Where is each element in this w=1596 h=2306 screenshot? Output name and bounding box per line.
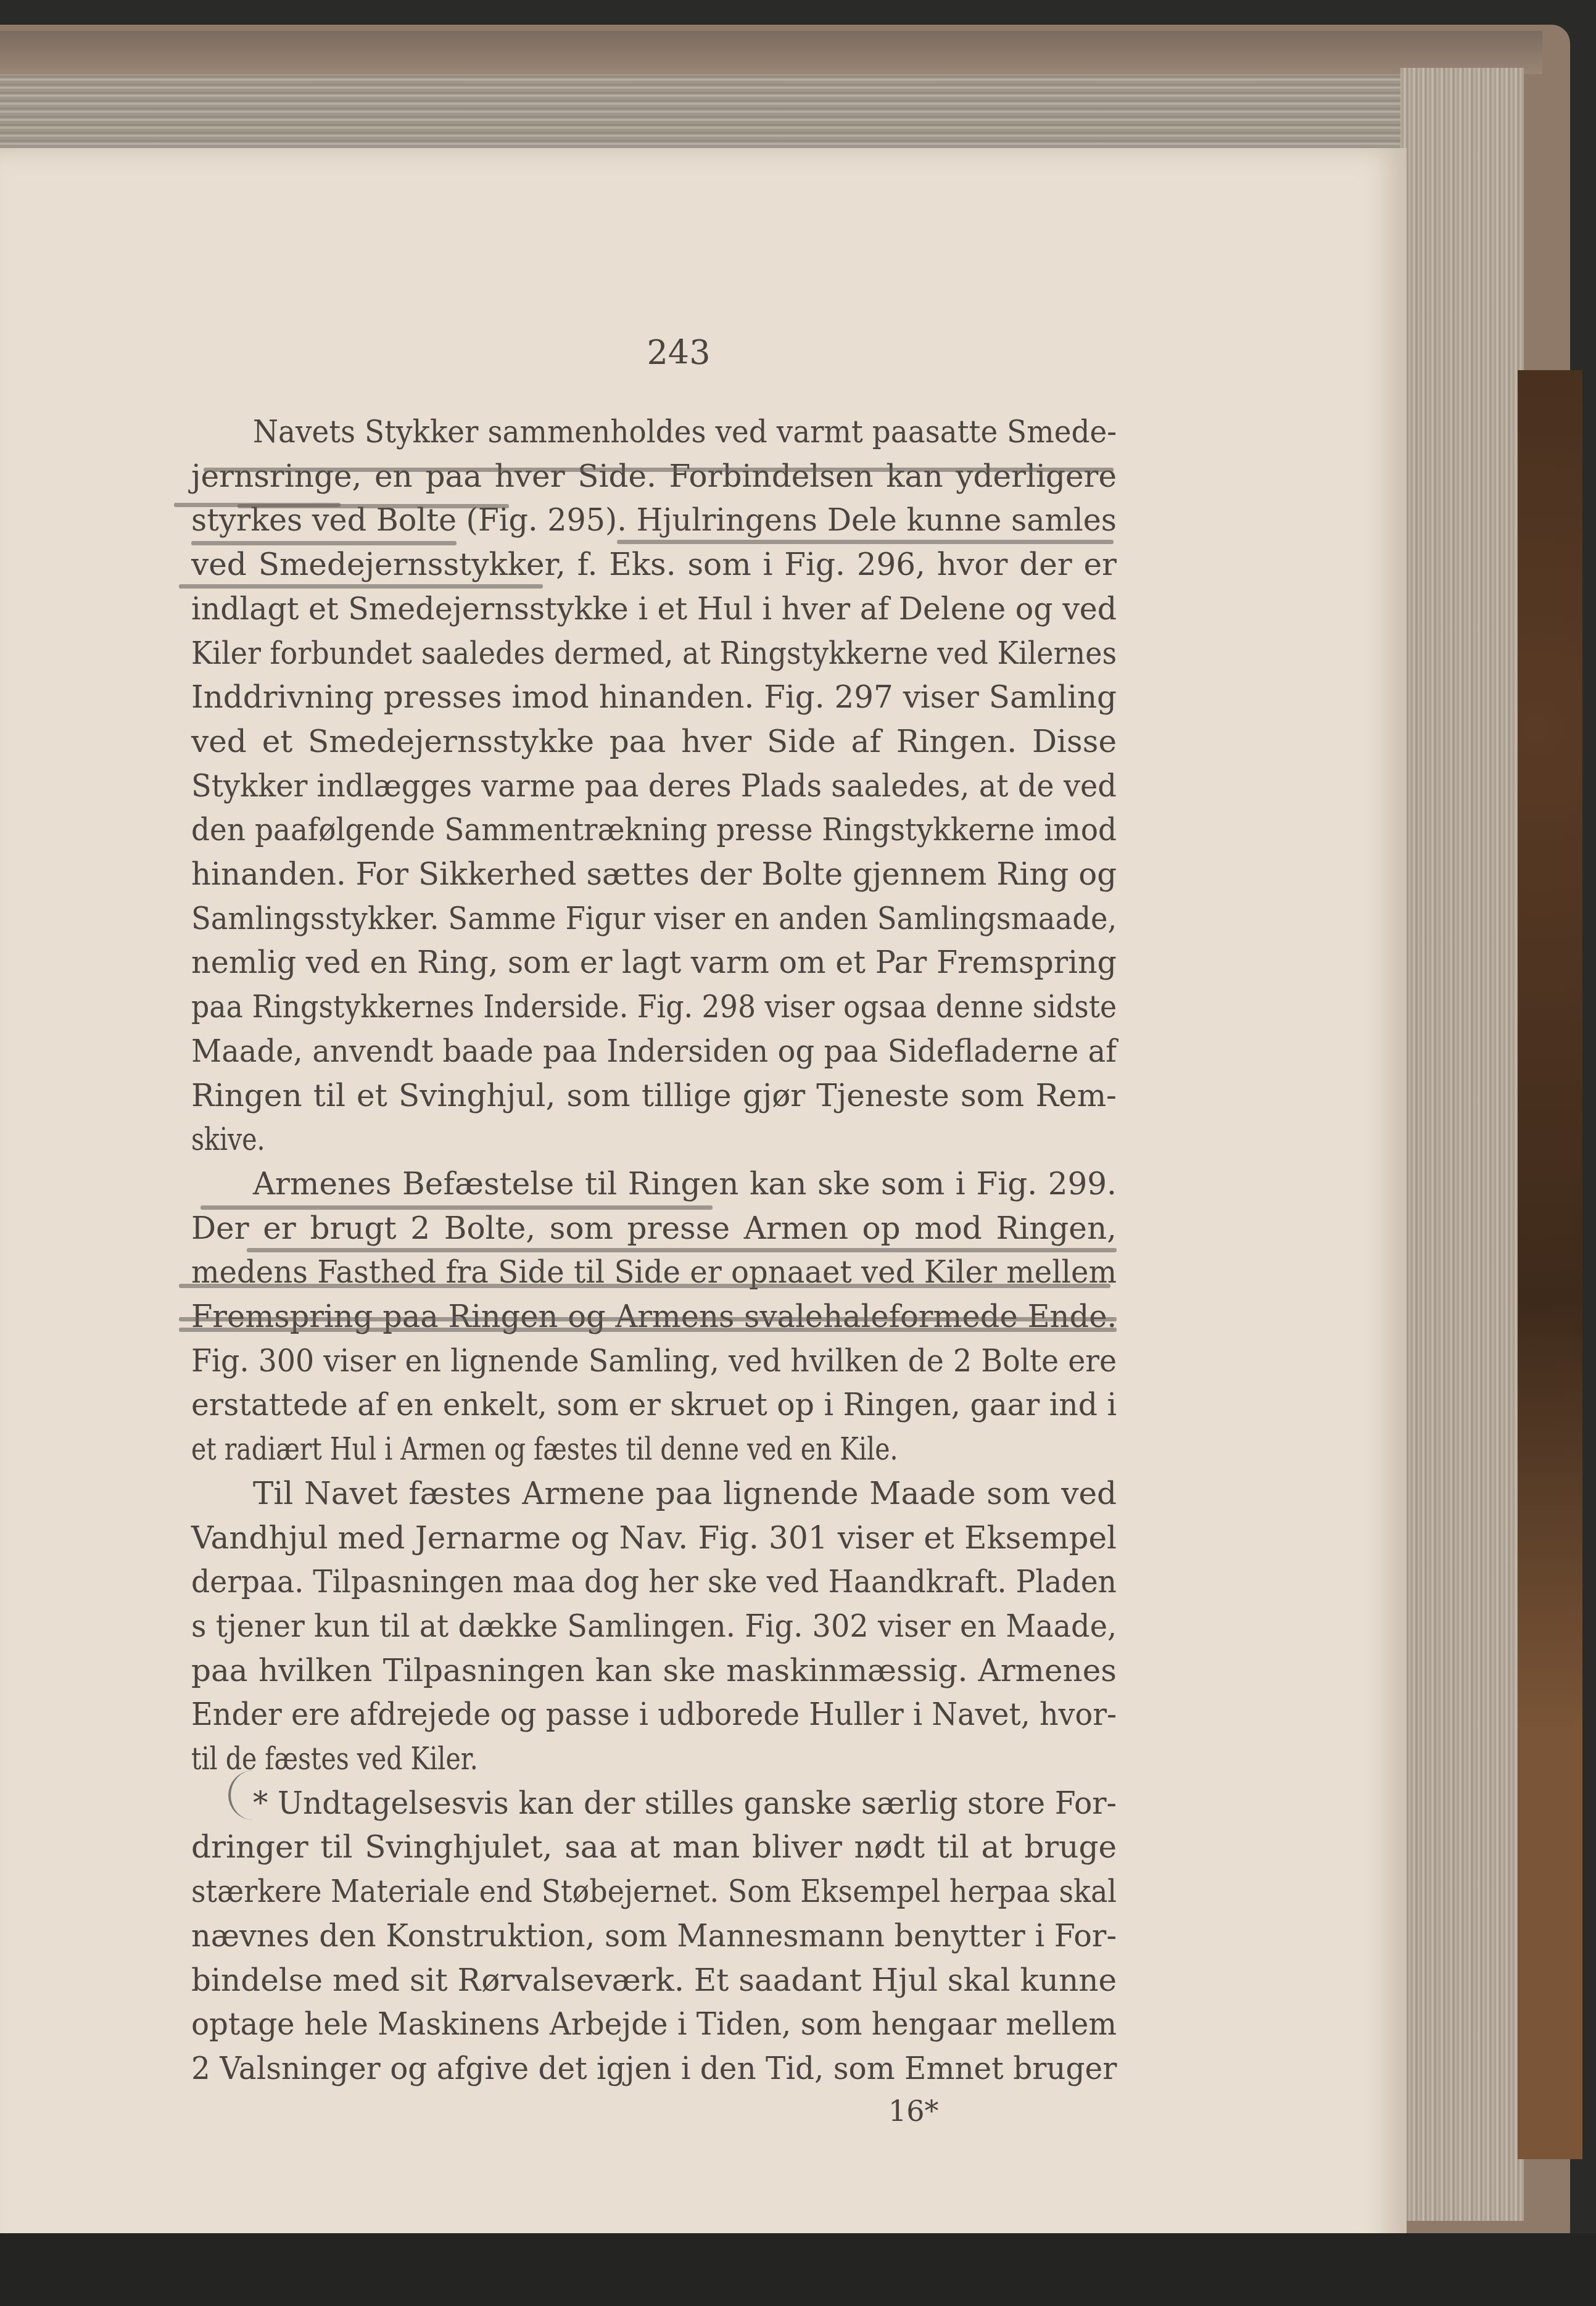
text-line: paa Ringstykkernes Inderside. Fig. 298 v… xyxy=(191,988,1117,1025)
pencil-underline xyxy=(179,1284,1110,1288)
text-line: den paafølgende Sammentrækning presse Ri… xyxy=(191,811,1117,848)
text-line: paa hvilken Tilpasningen kan ske maskinm… xyxy=(191,1652,1117,1689)
text-line: Der er brugt 2 Bolte, som presse Armen o… xyxy=(191,1210,1117,1247)
text-line: erstattede af en enkelt, som er skruet o… xyxy=(191,1386,1117,1423)
text-line: Vandhjul med Jernarme og Nav. Fig. 301 v… xyxy=(191,1519,1117,1556)
pencil-underline xyxy=(204,468,1114,472)
text-line: Navets Stykker sammenholdes ved varmt pa… xyxy=(253,413,1117,450)
book-cover-top xyxy=(0,31,1542,74)
text-line: hinanden. For Sikkerhed sættes der Bolte… xyxy=(191,856,1117,893)
pencil-underline xyxy=(179,1317,1117,1321)
text-line: Ringen til et Svinghjul, som tillige gjø… xyxy=(191,1077,1117,1114)
text-line: stærkere Materiale end Støbejernet. Som … xyxy=(191,1873,1117,1910)
text-line: jernsringe, en paa hver Side. Forbindels… xyxy=(191,458,1117,495)
pencil-underline xyxy=(191,541,457,545)
text-line: Stykker indlægges varme paa deres Plads … xyxy=(191,767,1117,804)
marbled-cover-edge xyxy=(1518,370,1582,2159)
page-stack-top-edge xyxy=(0,74,1524,160)
text-line: indlagt et Smedejernsstykke i et Hul i h… xyxy=(191,590,1117,627)
text-line: 2 Valsninger og afgive det igjen i den T… xyxy=(191,2050,1117,2087)
text-line: Fig. 300 viser en lignende Samling, ved … xyxy=(191,1342,1117,1379)
text-line: dringer til Svinghjulet, saa at man bliv… xyxy=(191,1829,1117,1866)
text-line: s tjener kun til at dække Samlingen. Fig… xyxy=(191,1608,1117,1645)
text-line: til de fæstes ved Kiler. xyxy=(191,1740,950,1777)
text-line: nemlig ved en Ring, som er lagt varm om … xyxy=(191,944,1117,981)
pencil-underline xyxy=(201,1205,713,1210)
signature-mark: 16* xyxy=(888,2094,939,2128)
text-line: bindelse med sit Rørvalseværk. Et saadan… xyxy=(191,1962,1117,1999)
text-line: ved Smedejernsstykker, f. Eks. som i Fig… xyxy=(191,546,1117,583)
pencil-underline xyxy=(238,504,509,508)
text-line: skive. xyxy=(191,1121,950,1158)
text-line: Inddrivning presses imod hinanden. Fig. … xyxy=(191,679,1117,716)
pencil-underline xyxy=(179,584,543,589)
text-line: Ender ere afdrejede og passe i udborede … xyxy=(191,1696,1117,1733)
text-line: optage hele Maskinens Arbejde i Tiden, s… xyxy=(191,2006,1117,2043)
text-line: derpaa. Tilpasningen maa dog her ske ved… xyxy=(191,1563,1117,1600)
text-line: Armenes Befæstelse til Ringen kan ske so… xyxy=(253,1165,1117,1202)
text-line: et radiært Hul i Armen og fæstes til den… xyxy=(191,1431,950,1468)
text-line: ved et Smedejernsstykke paa hver Side af… xyxy=(191,723,1117,760)
pencil-underline xyxy=(179,1328,1117,1332)
page-number: 243 xyxy=(642,333,716,372)
text-line: Til Navet fæstes Armene paa lignende Maa… xyxy=(253,1475,1117,1512)
background-surface xyxy=(0,2233,1596,2306)
text-line: Samlingsstykker. Samme Figur viser en an… xyxy=(191,900,1117,937)
pencil-underline xyxy=(617,540,1114,544)
text-line: * Undtagelsesvis kan der stilles ganske … xyxy=(253,1785,1117,1822)
text-line: Kiler forbundet saaledes dermed, at Ring… xyxy=(191,635,1117,672)
text-line: nævnes den Konstruktion, som Mannesmann … xyxy=(191,1917,1117,1954)
pencil-underline xyxy=(247,1248,1117,1252)
page-stack-fore-edge xyxy=(1400,68,1524,2221)
text-line: Maade, anvendt baade paa Indersiden og p… xyxy=(191,1033,1117,1070)
